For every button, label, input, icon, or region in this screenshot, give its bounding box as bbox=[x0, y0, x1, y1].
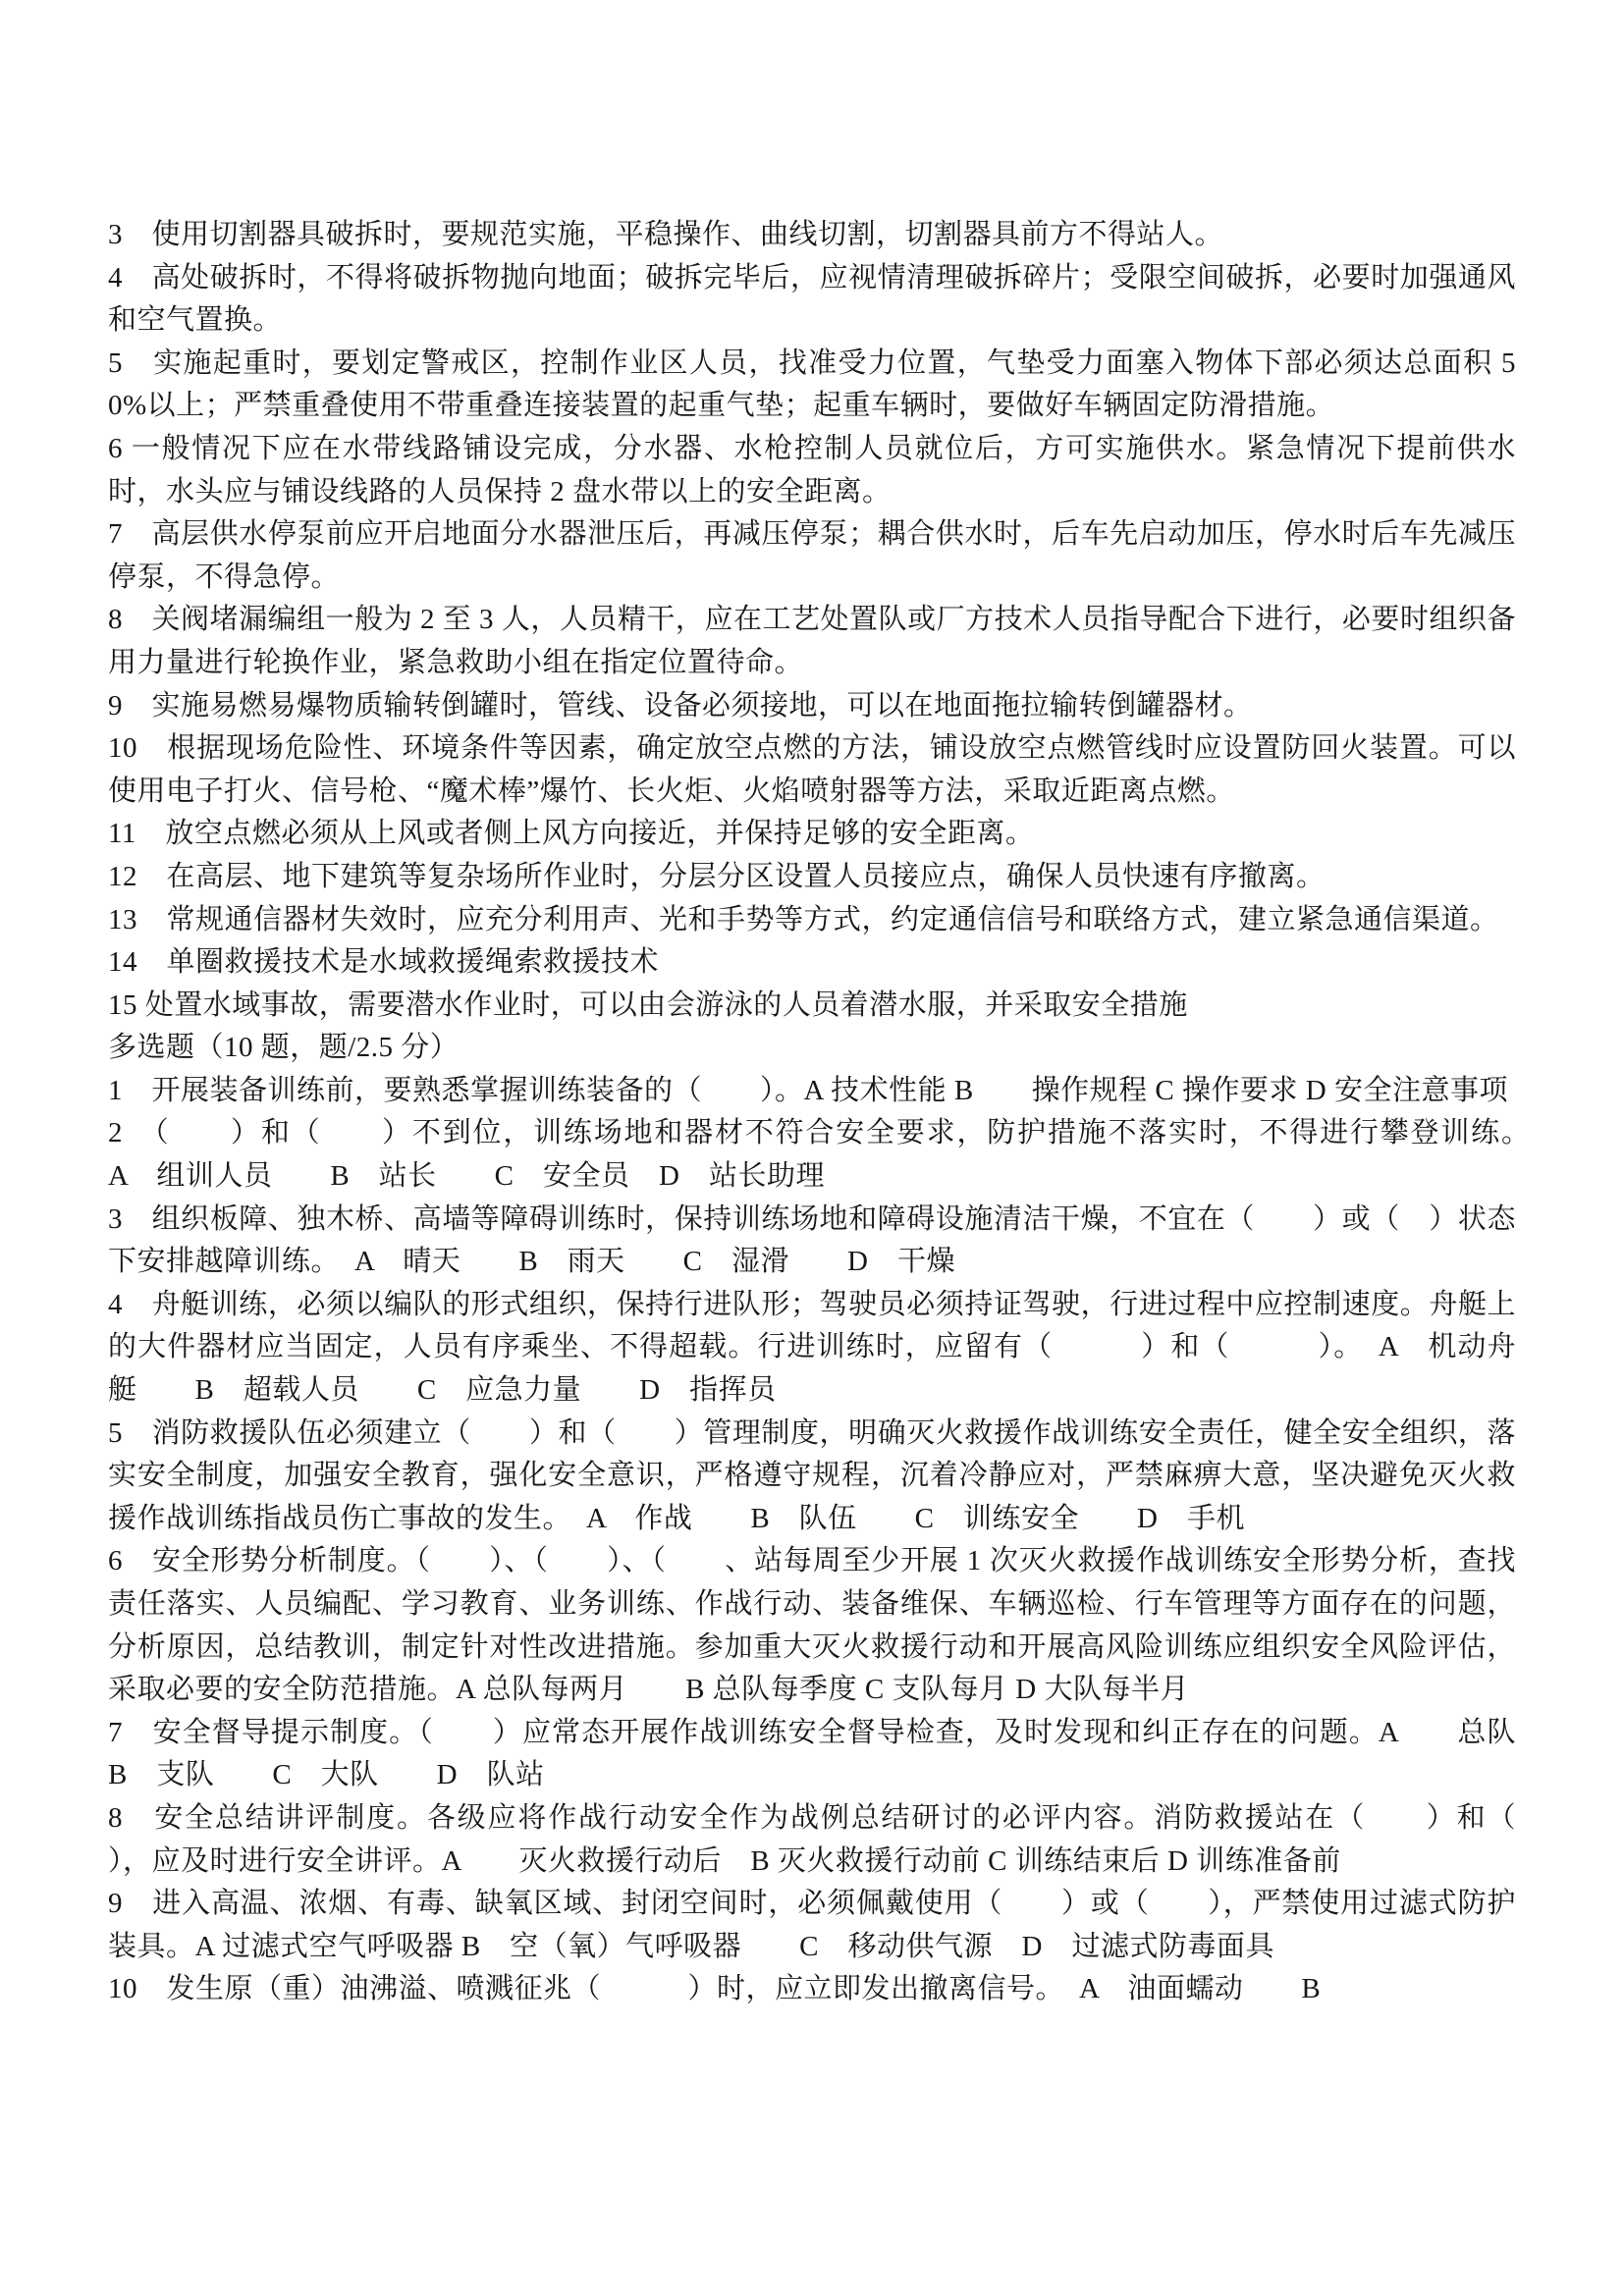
judgment-item-11: 11 放空点燃必须从上风或者侧上风方向接近，并保持足够的安全距离。 bbox=[108, 813, 1516, 856]
mc-question-8: 8 安全总结讲评制度。各级应将作战行动安全作为战例总结研讨的必评内容。消防救援站… bbox=[108, 1797, 1516, 1883]
judgment-item-4: 4 高处破拆时，不得将破拆物抛向地面；破拆完毕后，应视情清理破拆碎片；受限空间破… bbox=[108, 257, 1516, 343]
document-body: 3 使用切割器具破拆时，要规范实施，平稳操作、曲线切割，切割器具前方不得站人。 … bbox=[108, 214, 1516, 2011]
judgment-item-7: 7 高层供水停泵前应开启地面分水器泄压后，再减压停泵；耦合供水时，后车先启动加压… bbox=[108, 513, 1516, 599]
judgment-item-8: 8 关阀堵漏编组一般为 2 至 3 人，人员精干，应在工艺处置队或厂方技术人员指… bbox=[108, 599, 1516, 684]
mc-question-7: 7 安全督导提示制度。（ ）应常态开展作战训练安全督导检查，及时发现和纠正存在的… bbox=[108, 1712, 1516, 1797]
document-page: 3 使用切割器具破拆时，要规范实施，平稳操作、曲线切割，切割器具前方不得站人。 … bbox=[0, 0, 1624, 2296]
mc-question-9: 9 进入高温、浓烟、有毒、缺氧区域、封闭空间时，必须佩戴使用（ ）或（ ），严禁… bbox=[108, 1883, 1516, 1968]
judgment-item-14: 14 单圈救援技术是水域救援绳索救援技术 bbox=[108, 941, 1516, 985]
mc-question-4: 4 舟艇训练，必须以编队的形式组织，保持行进队形；驾驶员必须持证驾驶，行进过程中… bbox=[108, 1284, 1516, 1413]
mc-question-5: 5 消防救援队伍必须建立（ ）和（ ）管理制度，明确灭火救援作战训练安全责任，健… bbox=[108, 1413, 1516, 1541]
mc-question-10: 10 发生原（重）油沸溢、喷溅征兆（ ）时，应立即发出撤离信号。 A 油面蠕动 … bbox=[108, 1968, 1516, 2011]
judgment-item-10: 10 根据现场危险性、环境条件等因素，确定放空点燃的方法，铺设放空点燃管线时应设… bbox=[108, 727, 1516, 813]
judgment-item-13: 13 常规通信器材失效时，应充分利用声、光和手势等方式，约定通信信号和联络方式，… bbox=[108, 899, 1516, 942]
judgment-item-9: 9 实施易燃易爆物质输转倒罐时，管线、设备必须接地，可以在地面拖拉输转倒罐器材。 bbox=[108, 685, 1516, 728]
section-header-multiple-choice: 多选题（10 题，题/2.5 分） bbox=[108, 1027, 1516, 1070]
mc-question-3: 3 组织板障、独木桥、高墙等障碍训练时，保持训练场地和障碍设施清洁干燥，不宜在（… bbox=[108, 1199, 1516, 1284]
judgment-item-5: 5 实施起重时，要划定警戒区，控制作业区人员，找准受力位置，气垫受力面塞入物体下… bbox=[108, 343, 1516, 428]
mc-question-6: 6 安全形势分析制度。（ ）、（ ）、（ 、站每周至少开展 1 次灭火救援作战训… bbox=[108, 1540, 1516, 1711]
judgment-item-3: 3 使用切割器具破拆时，要规范实施，平稳操作、曲线切割，切割器具前方不得站人。 bbox=[108, 214, 1516, 257]
judgment-item-15: 15 处置水域事故，需要潜水作业时，可以由会游泳的人员着潜水服，并采取安全措施 bbox=[108, 985, 1516, 1028]
judgment-item-12: 12 在高层、地下建筑等复杂场所作业时，分层分区设置人员接应点，确保人员快速有序… bbox=[108, 856, 1516, 899]
judgment-item-6: 6 一般情况下应在水带线路铺设完成，分水器、水枪控制人员就位后，方可实施供水。紧… bbox=[108, 428, 1516, 513]
mc-question-2: 2 （ ）和（ ）不到位，训练场地和器材不符合安全要求，防护措施不落实时，不得进… bbox=[108, 1112, 1516, 1198]
mc-question-1: 1 开展装备训练前，要熟悉掌握训练装备的（ ）。A 技术性能 B 操作规程 C … bbox=[108, 1070, 1516, 1113]
